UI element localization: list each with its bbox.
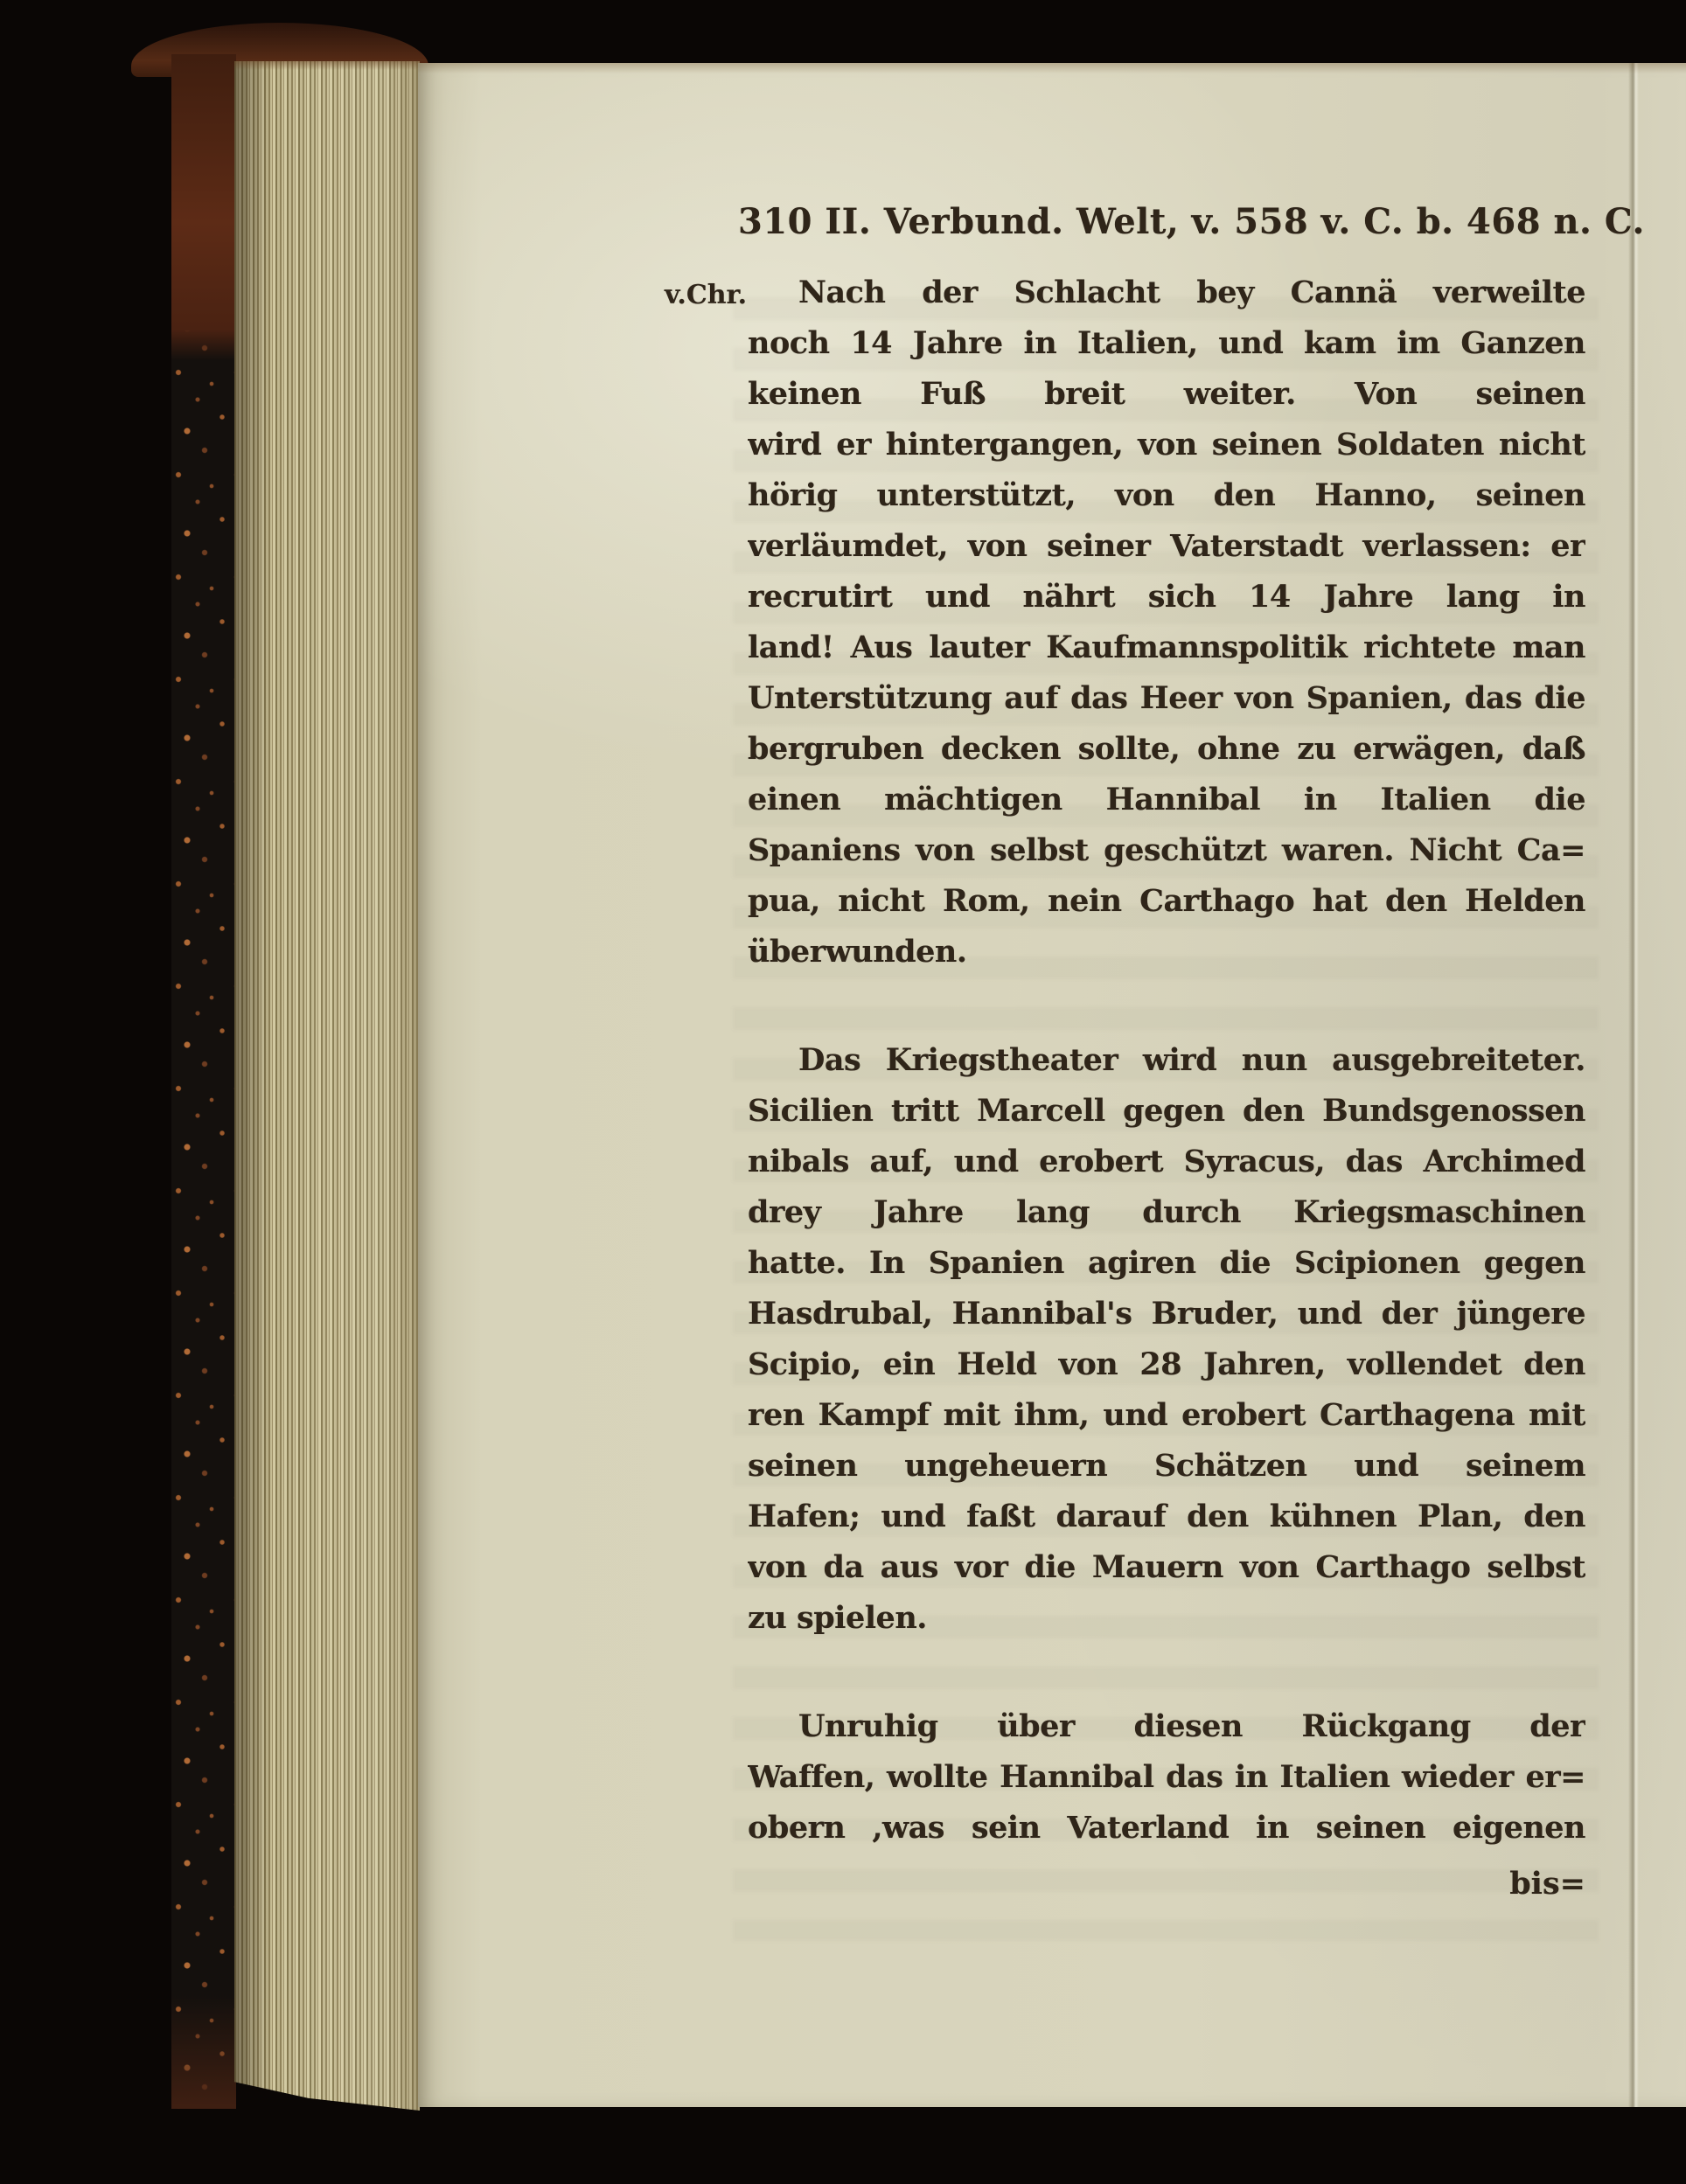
- book-cover-edge: [171, 54, 236, 2109]
- text-line: nibals auf, und erobert Syracus, das Arc…: [748, 1137, 1585, 1187]
- cover-leather-top: [171, 54, 236, 360]
- text-line: wird er hintergangen, von seinen Soldate…: [748, 420, 1585, 470]
- paragraph: Nach der Schlacht bey Cannä verweilte Ha…: [748, 268, 1585, 977]
- text-line: Unruhig über diesen Rückgang der carthag…: [748, 1701, 1585, 1752]
- book-scan-scene: 310 II. Verbund. Welt, v. 558 v. C. b. 4…: [0, 0, 1686, 2184]
- text-line: einen mächtigen Hannibal in Italien die …: [748, 775, 1585, 825]
- text-line: Nach der Schlacht bey Cannä verweilte Ha…: [748, 268, 1585, 318]
- text-line: keinen Fuß breit weiter. Von seinen Bund…: [748, 369, 1585, 420]
- text-line: hörig unterstützt, von den Hanno, seinen…: [748, 470, 1585, 521]
- text-line: Unterstützung auf das Heer von Spanien, …: [748, 673, 1585, 724]
- margin-note: v.Chr.: [665, 280, 747, 310]
- text-line: seinen ungeheuern Schätzen und seinem Sc…: [748, 1441, 1585, 1492]
- text-line: verläumdet, von seiner Vaterstadt verlas…: [748, 521, 1585, 572]
- text-line: Scipio, ein Held von 28 Jahren, vollende…: [748, 1339, 1585, 1390]
- text-line: Waffen, wollte Hannibal das in Italien w…: [748, 1752, 1585, 1803]
- cover-leather-bottom: [171, 1995, 236, 2109]
- text-line: recrutirt und nährt sich 14 Jahre lang i…: [748, 572, 1585, 623]
- paragraph: Unruhig über diesen Rückgang der carthag…: [748, 1701, 1585, 1854]
- text-line: Hafen; und faßt darauf den kühnen Plan, …: [748, 1492, 1585, 1542]
- text-line: Sicilien tritt Marcell gegen den Bundsge…: [748, 1086, 1585, 1137]
- text-line: überwunden.: [748, 927, 1585, 977]
- book-page: 310 II. Verbund. Welt, v. 558 v. C. b. 4…: [418, 63, 1686, 2107]
- text-line: obern ,was sein Vaterland in seinen eige…: [748, 1803, 1585, 1854]
- running-head: 310 II. Verbund. Welt, v. 558 v. C. b. 4…: [738, 201, 1578, 247]
- text-line: hatte. In Spanien agiren die Scipionen g…: [748, 1238, 1585, 1289]
- text-block: Nach der Schlacht bey Cannä verweilte Ha…: [748, 268, 1585, 1909]
- text-line: noch 14 Jahre in Italien, und kam im Gan…: [748, 318, 1585, 369]
- text-line: zu spielen.: [748, 1593, 1585, 1644]
- text-line: land! Aus lauter Kaufmannspolitik richte…: [748, 623, 1585, 673]
- text-line: Das Kriegstheater wird nun ausgebreitete…: [748, 1035, 1585, 1086]
- text-line: pua, nicht Rom, nein Carthago hat den He…: [748, 876, 1585, 927]
- text-line: Hasdrubal, Hannibal's Bruder, und der jü…: [748, 1289, 1585, 1339]
- paragraph: Das Kriegstheater wird nun ausgebreitete…: [748, 1035, 1585, 1644]
- text-line: drey Jahre lang durch Kriegsmaschinen ve…: [748, 1187, 1585, 1238]
- page-crease: [1628, 63, 1639, 2107]
- text-line: bergruben decken sollte, ohne zu erwägen…: [748, 724, 1585, 775]
- text-line: ren Kampf mit ihm, und erobert Carthagen…: [748, 1390, 1585, 1441]
- page-stack-fore-edge: [234, 61, 420, 2111]
- text-line: Spaniens von selbst geschützt waren. Nic…: [748, 825, 1585, 876]
- catchword: bis=: [748, 1859, 1585, 1909]
- text-line: von da aus vor die Mauern von Carthago s…: [748, 1542, 1585, 1593]
